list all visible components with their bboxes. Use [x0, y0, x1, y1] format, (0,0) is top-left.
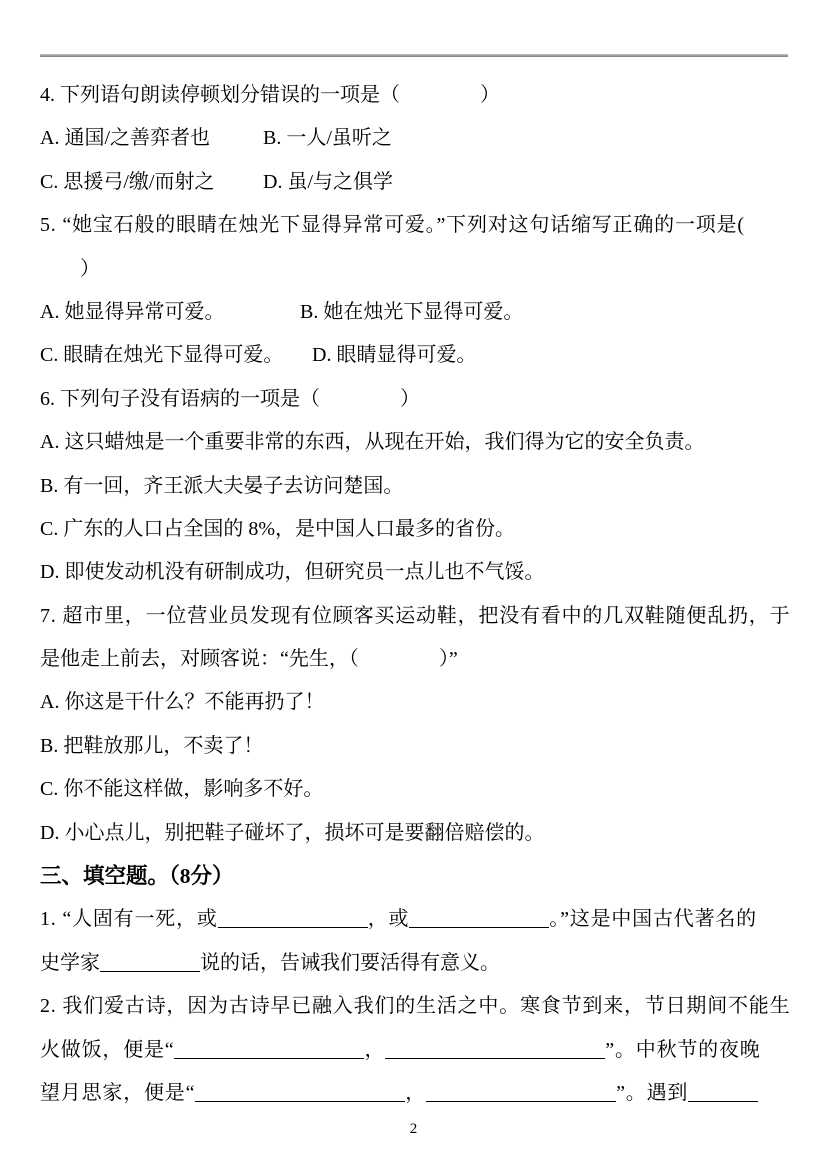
q6-option-c: C. 广东的人口占全国的 8%，是中国人口最多的省份。	[40, 508, 792, 551]
document-body: 4. 下列语句朗读停顿划分错误的一项是（ ）A. 通国/之善弈者也B. 一人/虽…	[40, 74, 792, 1115]
q7-option-b: B. 把鞋放那儿，不卖了！	[40, 725, 792, 768]
q4-stem: 4. 下列语句朗读停顿划分错误的一项是（ ）	[40, 74, 792, 117]
q6-option-d: D. 即使发动机没有研制成功，但研究员一点儿也不气馁。	[40, 551, 792, 594]
fill-blank	[385, 1043, 605, 1059]
q7-option-a: A. 你这是干什么？不能再扔了！	[40, 681, 792, 724]
fill-blank	[218, 912, 368, 928]
option-left: C. 思援弓/缴/而射之	[40, 161, 263, 204]
q4-options-ab: A. 通国/之善弈者也B. 一人/虽听之	[40, 117, 792, 160]
fill-blank	[409, 912, 549, 928]
q7-option-d: D. 小心点儿，别把鞋子碰坏了，损坏可是要翻倍赔偿的。	[40, 812, 792, 855]
section3-heading: 三、填空题。（8分）	[40, 855, 792, 898]
option-left: C. 眼睛在烛光下显得可爱。	[40, 334, 312, 377]
q7-stem-line2: 是他走上前去，对顾客说：“先生，（ ）”	[40, 638, 792, 681]
q6-option-a: A. 这只蜡烛是一个重要非常的东西，从现在开始，我们得为它的安全负责。	[40, 421, 792, 464]
q5-stem: 5. “她宝石般的眼睛在烛光下显得异常可爱。”下列对这句话缩写正确的一项是(	[40, 204, 792, 247]
fill-blank	[195, 1086, 405, 1102]
fill-blank	[688, 1086, 758, 1102]
q5-options-ab: A. 她显得异常可爱。B. 她在烛光下显得可爱。	[40, 291, 792, 334]
q5-stem-cont: ）	[40, 248, 792, 291]
fill2-line3: 望月思家，便是“，”。遇到	[40, 1072, 792, 1115]
header-rule	[40, 54, 788, 57]
fill1-line2: 史学家说的话，告诫我们要活得有意义。	[40, 942, 792, 985]
fill-blank	[174, 1043, 364, 1059]
q6-stem: 6. 下列句子没有语病的一项是（ ）	[40, 378, 792, 421]
q7-option-c: C. 你不能这样做，影响多不好。	[40, 768, 792, 811]
option-left: A. 她显得异常可爱。	[40, 291, 300, 334]
fill2-line2: 火做饭，便是“，”。中秋节的夜晚	[40, 1029, 792, 1072]
q4-options-cd: C. 思援弓/缴/而射之D. 虽/与之俱学	[40, 161, 792, 204]
option-right: D. 眼睛显得可爱。	[312, 344, 476, 366]
fill2-line1: 2. 我们爱古诗，因为古诗早已融入我们的生活之中。寒食节到来，节日期间不能生	[40, 985, 792, 1028]
option-right: D. 虽/与之俱学	[263, 171, 393, 193]
option-right: B. 一人/虽听之	[263, 127, 392, 149]
q6-option-b: B. 有一回，齐王派大夫晏子去访问楚国。	[40, 465, 792, 508]
page-number: 2	[0, 1114, 827, 1144]
fill-blank	[100, 956, 200, 972]
q7-stem-line1: 7. 超市里，一位营业员发现有位顾客买运动鞋，把没有看中的几双鞋随便乱扔，于	[40, 595, 792, 638]
fill-blank	[426, 1086, 616, 1102]
fill1-line1: 1. “人固有一死，或，或。”这是中国古代著名的	[40, 898, 792, 941]
option-right: B. 她在烛光下显得可爱。	[300, 301, 523, 323]
q5-options-cd: C. 眼睛在烛光下显得可爱。D. 眼睛显得可爱。	[40, 334, 792, 377]
option-left: A. 通国/之善弈者也	[40, 117, 263, 160]
